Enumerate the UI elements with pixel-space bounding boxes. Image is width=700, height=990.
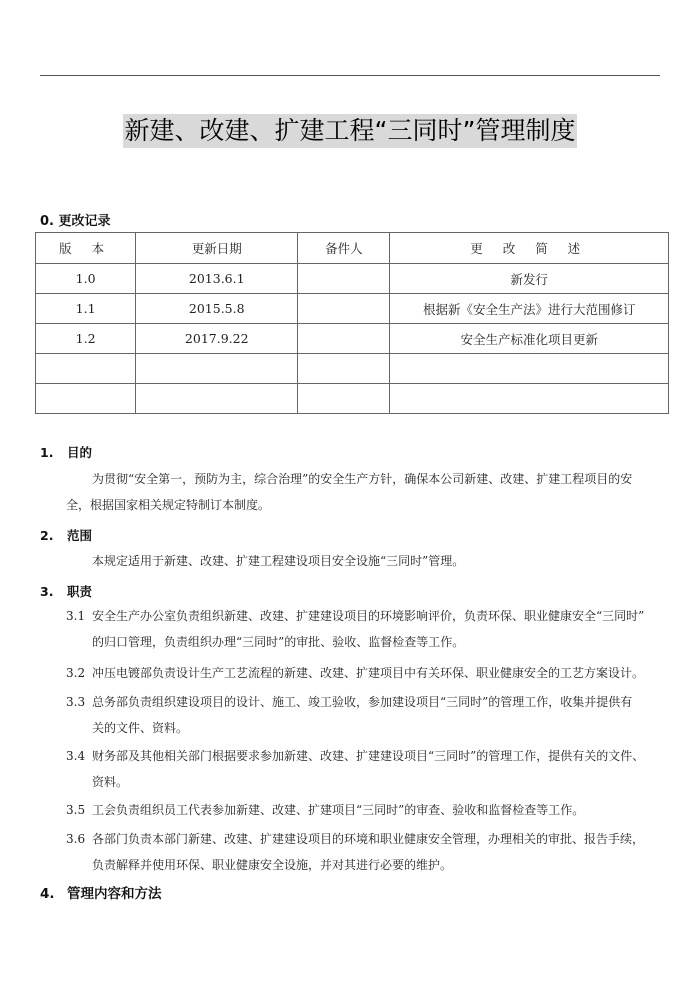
section-title: 目的	[67, 445, 92, 460]
cell-version: 1.2	[36, 324, 136, 354]
table-row	[36, 384, 669, 414]
section-title: 管理内容和方法	[67, 886, 162, 902]
header-update-date: 更新日期	[136, 233, 298, 264]
section-1-paragraph-line2: 全，根据国家相关规定特制订本制度。	[66, 492, 666, 518]
header-editor: 备件人	[298, 233, 390, 264]
item-number: 3.1	[66, 603, 92, 629]
cell-summary	[390, 384, 669, 414]
item-text-line2: 的归口管理，负责组织办理“三同时”的审批、验收、监督检查等工作。	[66, 629, 670, 655]
section-1-paragraph-line1: 为贯彻“安全第一，预防为主，综合治理”的安全生产方针，确保本公司新建、改建、扩建…	[92, 466, 672, 492]
cell-editor	[298, 324, 390, 354]
item-number: 3.5	[66, 797, 92, 823]
item-text-line1: 各部门负责本部门新建、改建、扩建建设项目的环境和职业健康安全管理，办理相关的审批…	[92, 832, 644, 846]
responsibility-item-3-3: 3.3总务部负责组织建设项目的设计、施工、竣工验收，参加建设项目“三同时”的管理…	[66, 689, 670, 741]
item-text-line1: 财务部及其他相关部门根据要求参加新建、改建、扩建建设项目“三同时”的管理工作，提…	[92, 749, 644, 763]
responsibility-item-3-5: 3.5工会负责组织员工代表参加新建、改建、扩建项目“三同时”的审查、验收和监督检…	[66, 797, 670, 823]
cell-date: 2013.6.1	[136, 264, 298, 294]
section-number: 4.	[40, 886, 67, 902]
item-text-line2: 资料。	[66, 769, 670, 795]
item-number: 3.3	[66, 689, 92, 715]
section-number: 2.	[40, 528, 67, 543]
cell-version	[36, 384, 136, 414]
item-text-line1: 总务部负责组织建设项目的设计、施工、竣工验收，参加建设项目“三同时”的管理工作，…	[92, 695, 632, 709]
section-4-heading: 4.管理内容和方法	[40, 882, 162, 902]
header-rule	[40, 75, 660, 76]
item-number: 3.6	[66, 826, 92, 852]
header-version: 版 本	[36, 233, 136, 264]
item-text-line1: 安全生产办公室负责组织新建、改建、扩建建设项目的环境影响评价，负责环保、职业健康…	[92, 609, 644, 623]
cell-version: 1.1	[36, 294, 136, 324]
cell-editor	[298, 354, 390, 384]
table-row: 1.2 2017.9.22 安全生产标准化项目更新	[36, 324, 669, 354]
cell-date: 2017.9.22	[136, 324, 298, 354]
title-block: 新建、改建、扩建工程“三同时”管理制度	[0, 114, 700, 148]
table-row: 1.1 2015.5.8 根据新《安全生产法》进行大范围修订	[36, 294, 669, 324]
section-number: 1.	[40, 445, 67, 460]
cell-version: 1.0	[36, 264, 136, 294]
item-text-line2: 关的文件、资料。	[66, 715, 670, 741]
cell-summary: 安全生产标准化项目更新	[390, 324, 669, 354]
item-text-line1: 工会负责组织员工代表参加新建、改建、扩建项目“三同时”的审查、验收和监督检查等工…	[92, 803, 584, 817]
item-number: 3.4	[66, 743, 92, 769]
section-1-heading: 1.目的	[40, 443, 92, 461]
responsibility-item-3-6: 3.6各部门负责本部门新建、改建、扩建建设项目的环境和职业健康安全管理，办理相关…	[66, 826, 670, 878]
responsibility-item-3-1: 3.1安全生产办公室负责组织新建、改建、扩建建设项目的环境影响评价，负责环保、职…	[66, 603, 670, 655]
cell-date: 2015.5.8	[136, 294, 298, 324]
cell-date	[136, 384, 298, 414]
section-0-heading: 0. 更改记录	[40, 210, 111, 229]
table-header-row: 版 本 更新日期 备件人 更 改 简 述	[36, 233, 669, 264]
section-2-paragraph: 本规定适用于新建、改建、扩建工程建设项目安全设施“三同时”管理。	[92, 548, 672, 574]
cell-summary: 根据新《安全生产法》进行大范围修订	[390, 294, 669, 324]
item-number: 3.2	[66, 660, 92, 686]
cell-date	[136, 354, 298, 384]
section-number: 3.	[40, 584, 67, 599]
section-3-heading: 3.职责	[40, 582, 92, 600]
cell-editor	[298, 294, 390, 324]
section-2-heading: 2.范围	[40, 526, 92, 544]
cell-summary: 新发行	[390, 264, 669, 294]
revision-table: 版 本 更新日期 备件人 更 改 简 述 1.0 2013.6.1 新发行 1.…	[35, 232, 669, 414]
cell-summary	[390, 354, 669, 384]
cell-editor	[298, 384, 390, 414]
cell-editor	[298, 264, 390, 294]
cell-version	[36, 354, 136, 384]
responsibility-item-3-4: 3.4财务部及其他相关部门根据要求参加新建、改建、扩建建设项目“三同时”的管理工…	[66, 743, 670, 795]
item-text-line2: 负责解释并使用环保、职业健康安全设施，并对其进行必要的维护。	[66, 852, 670, 878]
responsibility-item-3-2: 3.2冲压电镀部负责设计生产工艺流程的新建、改建、扩建项目中有关环保、职业健康安…	[66, 660, 670, 686]
table-row	[36, 354, 669, 384]
header-change-summary: 更 改 简 述	[390, 233, 669, 264]
section-title: 职责	[67, 584, 92, 599]
document-title: 新建、改建、扩建工程“三同时”管理制度	[123, 114, 578, 148]
section-title: 范围	[67, 528, 92, 543]
table-row: 1.0 2013.6.1 新发行	[36, 264, 669, 294]
item-text-line1: 冲压电镀部负责设计生产工艺流程的新建、改建、扩建项目中有关环保、职业健康安全的工…	[92, 666, 644, 680]
document-page: 新建、改建、扩建工程“三同时”管理制度 0. 更改记录 版 本 更新日期 备件人…	[0, 0, 700, 990]
